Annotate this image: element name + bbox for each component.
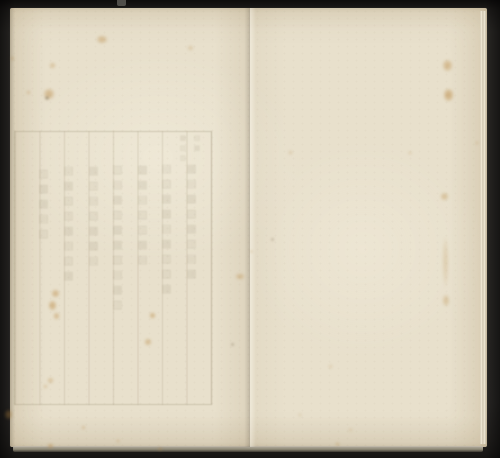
ghost-text-column: ▤▨▦▩▤▦▥▨▦	[161, 162, 172, 297]
ghost-text-column: ▩▦▤▨▥▦▤	[137, 163, 148, 268]
ghost-text-column: ▦▧▥	[180, 134, 187, 164]
ghost-text-column: ▤▦	[194, 134, 201, 154]
ghost-text-column: ▨▤▦▥▩▦▨▤▦▥	[112, 163, 123, 313]
ghost-text-column: ▦▤▩▨▦▥▤▦	[186, 162, 197, 282]
ghost-text-column: ▥▩▦▤▨	[38, 167, 49, 242]
ghost-text-column: ▦▥▤▨▦▩▤	[88, 164, 99, 269]
book-scan: ▤▦▦▧▥▦▤▩▨▦▥▤▦▤▨▦▩▤▦▥▨▦▩▦▤▨▥▦▤▨▤▦▥▩▦▨▤▦▥▦…	[0, 0, 500, 458]
page-edges-right	[480, 11, 486, 444]
book-block-bottom-edge	[13, 446, 483, 452]
binding-gap	[117, 0, 126, 6]
ghost-text-column: ▤▦▨▥▦▤▨▦	[63, 164, 74, 284]
